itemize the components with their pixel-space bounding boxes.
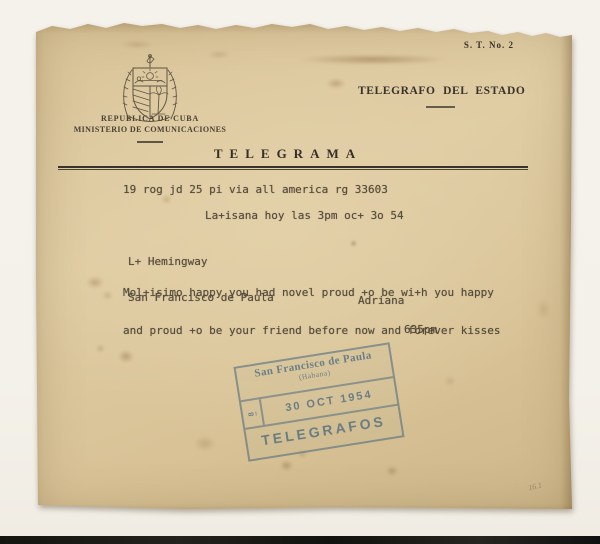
stain-spot — [161, 195, 172, 204]
scanned-telegram-image: S. T. No. 2 — [0, 0, 600, 544]
pencil-note: 16.1 — [527, 480, 543, 492]
scanner-bed-strip — [0, 536, 600, 544]
stamp-side-mark: 8 — [247, 411, 257, 416]
torn-edge-shading — [36, 20, 572, 34]
stain-spot — [326, 78, 346, 89]
stain-spot — [350, 240, 357, 247]
origin-dateline: La+isana hoy las 3pm oc+ 3o 54 — [205, 209, 404, 222]
ministry-label: MINISTERIO DE COMUNICACIONES — [50, 125, 250, 134]
ministry-underline — [137, 141, 163, 143]
stain-spot — [208, 50, 230, 59]
telegram-paper-wrap: S. T. No. 2 — [36, 20, 572, 514]
stain-spot — [102, 291, 113, 300]
country-label: REPUBLICA DE CUBA — [70, 114, 230, 123]
stain-spot — [194, 436, 216, 451]
telegram-paper: S. T. No. 2 — [36, 20, 572, 514]
stain-spot — [96, 344, 105, 353]
form-title: TELEGRAMA — [214, 146, 362, 162]
agency-underline — [426, 106, 455, 108]
message-body: Mol+isimo happy you had novel proud +o b… — [123, 262, 501, 362]
header-rule — [58, 166, 528, 170]
message-body-line2: and proud +o be your friend before now a… — [123, 325, 501, 338]
form-number: S. T. No. 2 — [464, 40, 514, 50]
stain-streak-top — [298, 54, 448, 65]
right-edge-shading — [560, 20, 572, 514]
stain-spot — [120, 40, 154, 49]
time-received: 635pm — [404, 323, 437, 336]
stain-spot — [444, 376, 456, 386]
stain-spot — [280, 460, 293, 471]
bottom-edge-shading — [36, 504, 572, 514]
signature: Adriana — [358, 294, 404, 307]
stain-spot — [386, 466, 398, 476]
stain-blotch-left — [86, 276, 104, 289]
stain-spot — [536, 298, 551, 320]
message-body-line1: Mol+isimo happy you had novel proud +o b… — [123, 287, 501, 300]
routing-line: 19 rog jd 25 pi via all america rg 33603 — [123, 183, 388, 196]
agency-label: TELEGRAFO DEL ESTADO — [358, 85, 525, 97]
